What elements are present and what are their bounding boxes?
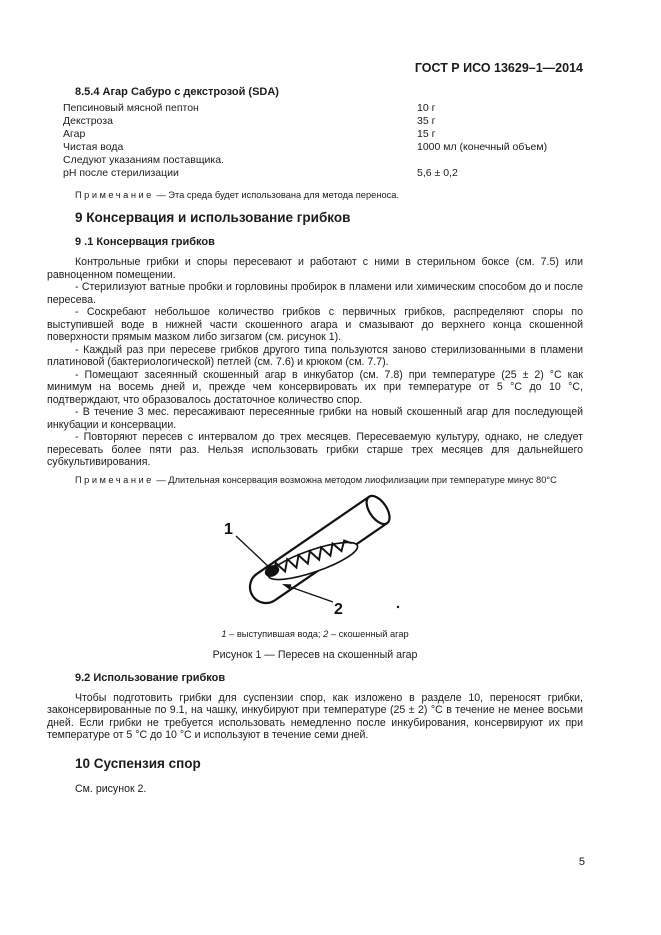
- ingredient-row: pH после стерилизации 5,6 ± 0,2: [47, 167, 583, 180]
- ingredient-label: pH после стерилизации: [63, 167, 179, 179]
- note-label: Примечание: [75, 475, 154, 485]
- ingredient-label: Агар: [63, 128, 85, 140]
- paragraph: - Стерилизуют ватные пробки и горловины …: [47, 281, 583, 306]
- heading-8-5-4: 8.5.4 Агар Сабуро с декстрозой (SDA): [75, 85, 583, 99]
- speck-dot: [397, 605, 399, 607]
- paragraph: Контрольные грибки и споры пересевают и …: [47, 256, 583, 281]
- ingredient-label: Декстроза: [63, 115, 113, 127]
- ingredient-value: 10 г: [417, 102, 435, 115]
- paragraph: - Каждый раз при пересеве грибков другог…: [47, 344, 583, 369]
- legend-text: – выступившая вода;: [229, 629, 320, 639]
- ingredient-row: Декстроза 35 г: [47, 115, 583, 128]
- figure-caption: Рисунок 1 — Пересев на скошенный агар: [47, 649, 583, 662]
- document-page: ГОСТ Р ИСО 13629–1—2014 8.5.4 Агар Сабур…: [0, 0, 661, 935]
- paragraph: См. рисунок 2.: [47, 783, 583, 796]
- note-text: — Эта среда будет использована для метод…: [156, 190, 399, 200]
- paragraph: - Соскребают небольшое количество грибко…: [47, 306, 583, 344]
- figure-1-drawing: 1 2: [47, 490, 583, 623]
- note-text: — Длительная консервация возможна методо…: [156, 475, 556, 485]
- paragraph: Чтобы подготовить грибки для суспензии с…: [47, 692, 583, 742]
- figure-label-1: 1: [224, 521, 233, 538]
- ingredient-label: Пепсиновый мясной пептон: [63, 102, 199, 114]
- note-preservation: Примечание — Длительная консервация возм…: [47, 474, 583, 486]
- ingredient-row: Пепсиновый мясной пептон 10 г: [47, 102, 583, 115]
- legend-number: 1: [221, 629, 226, 639]
- heading-9-2: 9.2 Использование грибков: [75, 671, 583, 685]
- ingredient-value: 35 г: [417, 115, 435, 128]
- ingredient-value: 15 г: [417, 128, 435, 141]
- ingredient-row: Следуют указаниям поставщика.: [47, 154, 583, 167]
- page-number: 5: [579, 856, 585, 868]
- ingredient-label: Чистая вода: [63, 141, 123, 153]
- ingredient-value: 5,6 ± 0,2: [417, 167, 458, 180]
- agar-slant-surface: [265, 535, 361, 586]
- heading-9-1: 9 .1 Консервация грибков: [75, 235, 583, 249]
- ingredient-value: 1000 мл (конечный объем): [417, 141, 547, 154]
- ingredient-list: Пепсиновый мясной пептон 10 г Декстроза …: [47, 102, 583, 180]
- figure-label-2: 2: [334, 601, 343, 618]
- heading-section-9: 9 Консервация и использование грибков: [75, 209, 583, 226]
- ingredient-label: Следуют указаниям поставщика.: [63, 154, 224, 166]
- leader-line-2: [289, 586, 333, 602]
- header-doc-code: ГОСТ Р ИСО 13629–1—2014: [47, 62, 583, 75]
- paragraph: - Помещают засеянный скошенный агар в ин…: [47, 369, 583, 407]
- paragraph: - В течение 3 мес. пересаживают пересеян…: [47, 406, 583, 431]
- tube-bottom-cap: [244, 573, 275, 608]
- note-label: Примечание: [75, 190, 154, 200]
- figure-legend: 1 – выступившая вода; 2 – скошенный агар: [47, 629, 583, 640]
- heading-section-10: 10 Суспензия спор: [75, 755, 583, 772]
- note-media-use: Примечание — Эта среда будет использован…: [47, 189, 583, 201]
- legend-text: – скошенный агар: [331, 629, 409, 639]
- paragraph: - Повторяют пересев с интервалом до трех…: [47, 431, 583, 469]
- test-tube-illustration: 1 2: [210, 490, 470, 623]
- leader-line-1: [236, 536, 270, 568]
- legend-number: 2: [323, 629, 328, 639]
- ingredient-row: Агар 15 г: [47, 128, 583, 141]
- ingredient-row: Чистая вода 1000 мл (конечный объем): [47, 141, 583, 154]
